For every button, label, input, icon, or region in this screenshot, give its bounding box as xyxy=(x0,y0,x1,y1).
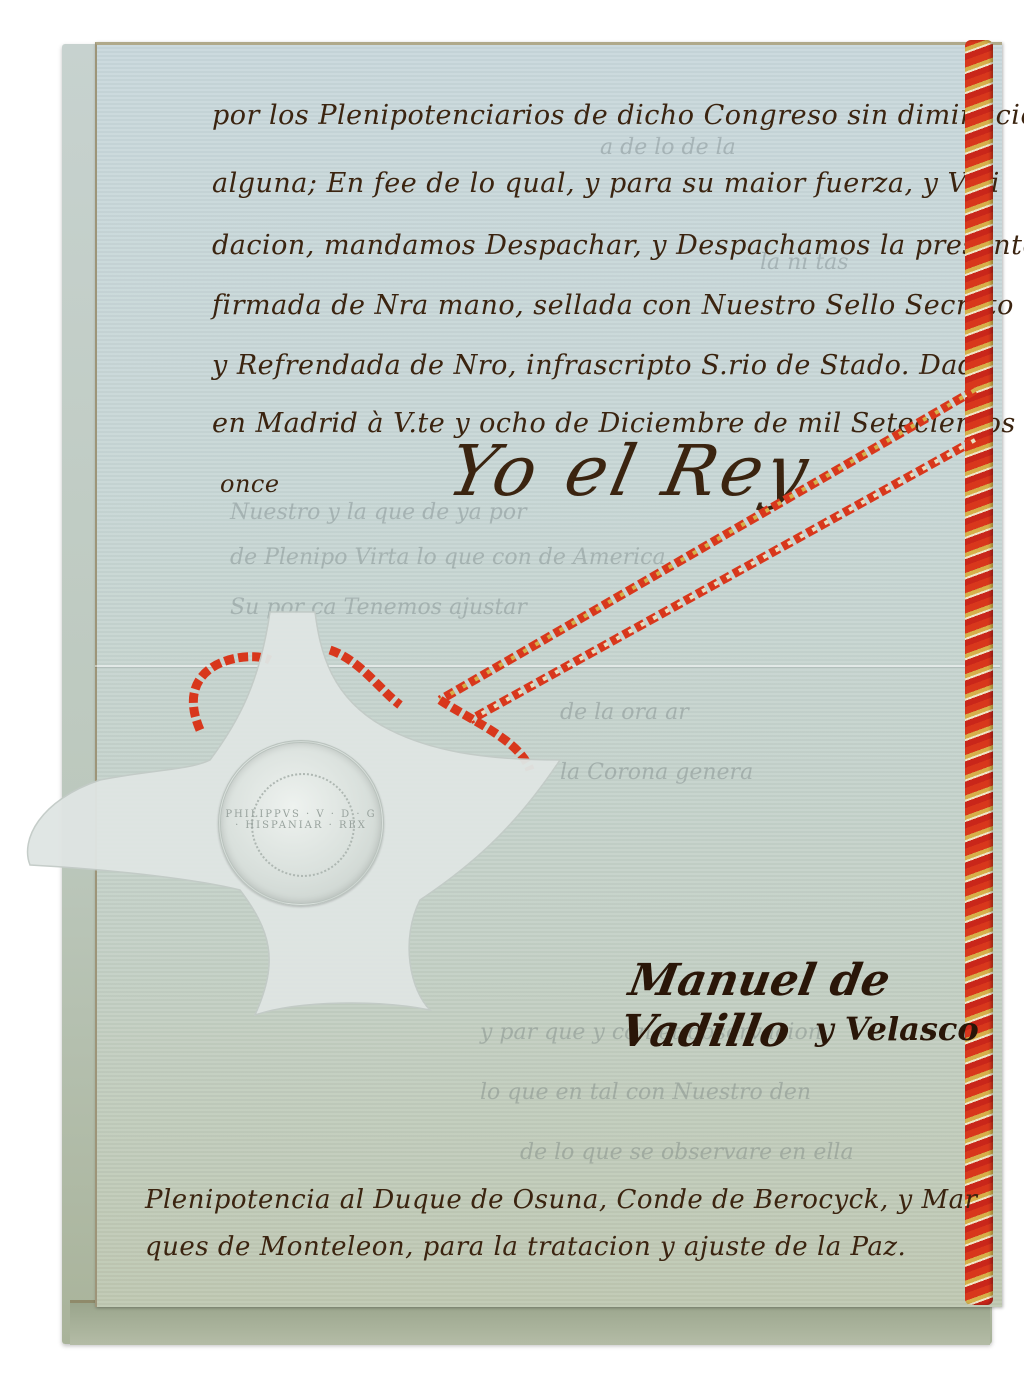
bleed-through-text: la Corona genera xyxy=(560,760,753,785)
footer-note-line-1: Plenipotencia al Duque de Osuna, Conde d… xyxy=(145,1185,978,1215)
royal-wax-seal: PHILIPPVS · V · D · G · HISPANIAR · REX xyxy=(218,740,384,906)
text-line-2: alguna; En fee de lo qual, y para su mai… xyxy=(212,168,1000,199)
text-line-7: once xyxy=(220,470,280,498)
footer-note-line-2: ques de Monteleon, para la tratacion y a… xyxy=(145,1232,906,1262)
minister-signature-line-2: y Velasco xyxy=(815,1010,979,1048)
page-fold-line xyxy=(95,665,1000,667)
text-line-4: firmada de Nra mano, sellada con Nuestro… xyxy=(212,290,1014,321)
royal-signature: Yo el Rey xyxy=(441,430,819,512)
bleed-through-text: a de lo de la xyxy=(600,135,736,160)
seal-legend: PHILIPPVS · V · D · G · HISPANIAR · REX xyxy=(221,809,381,831)
bleed-through-text: de lo que se observare en ella xyxy=(520,1140,854,1165)
text-line-5: y Refrendada de Nro, infrascripto S.rio … xyxy=(212,350,976,381)
bleed-through-text: lo que en tal con Nuestro den xyxy=(480,1080,811,1105)
silk-cord-binding xyxy=(965,40,993,1305)
bleed-through-text: Su por ca Tenemos ajustar xyxy=(230,595,527,620)
bleed-through-text: de la ora ar xyxy=(560,700,689,725)
text-line-1: por los Plenipotenciarios de dicho Congr… xyxy=(212,100,1024,131)
text-line-3: dacion, mandamos Despachar, y Despachamo… xyxy=(212,230,1024,261)
bleed-through-text: de Plenipo Virta lo que con de America xyxy=(230,545,666,570)
